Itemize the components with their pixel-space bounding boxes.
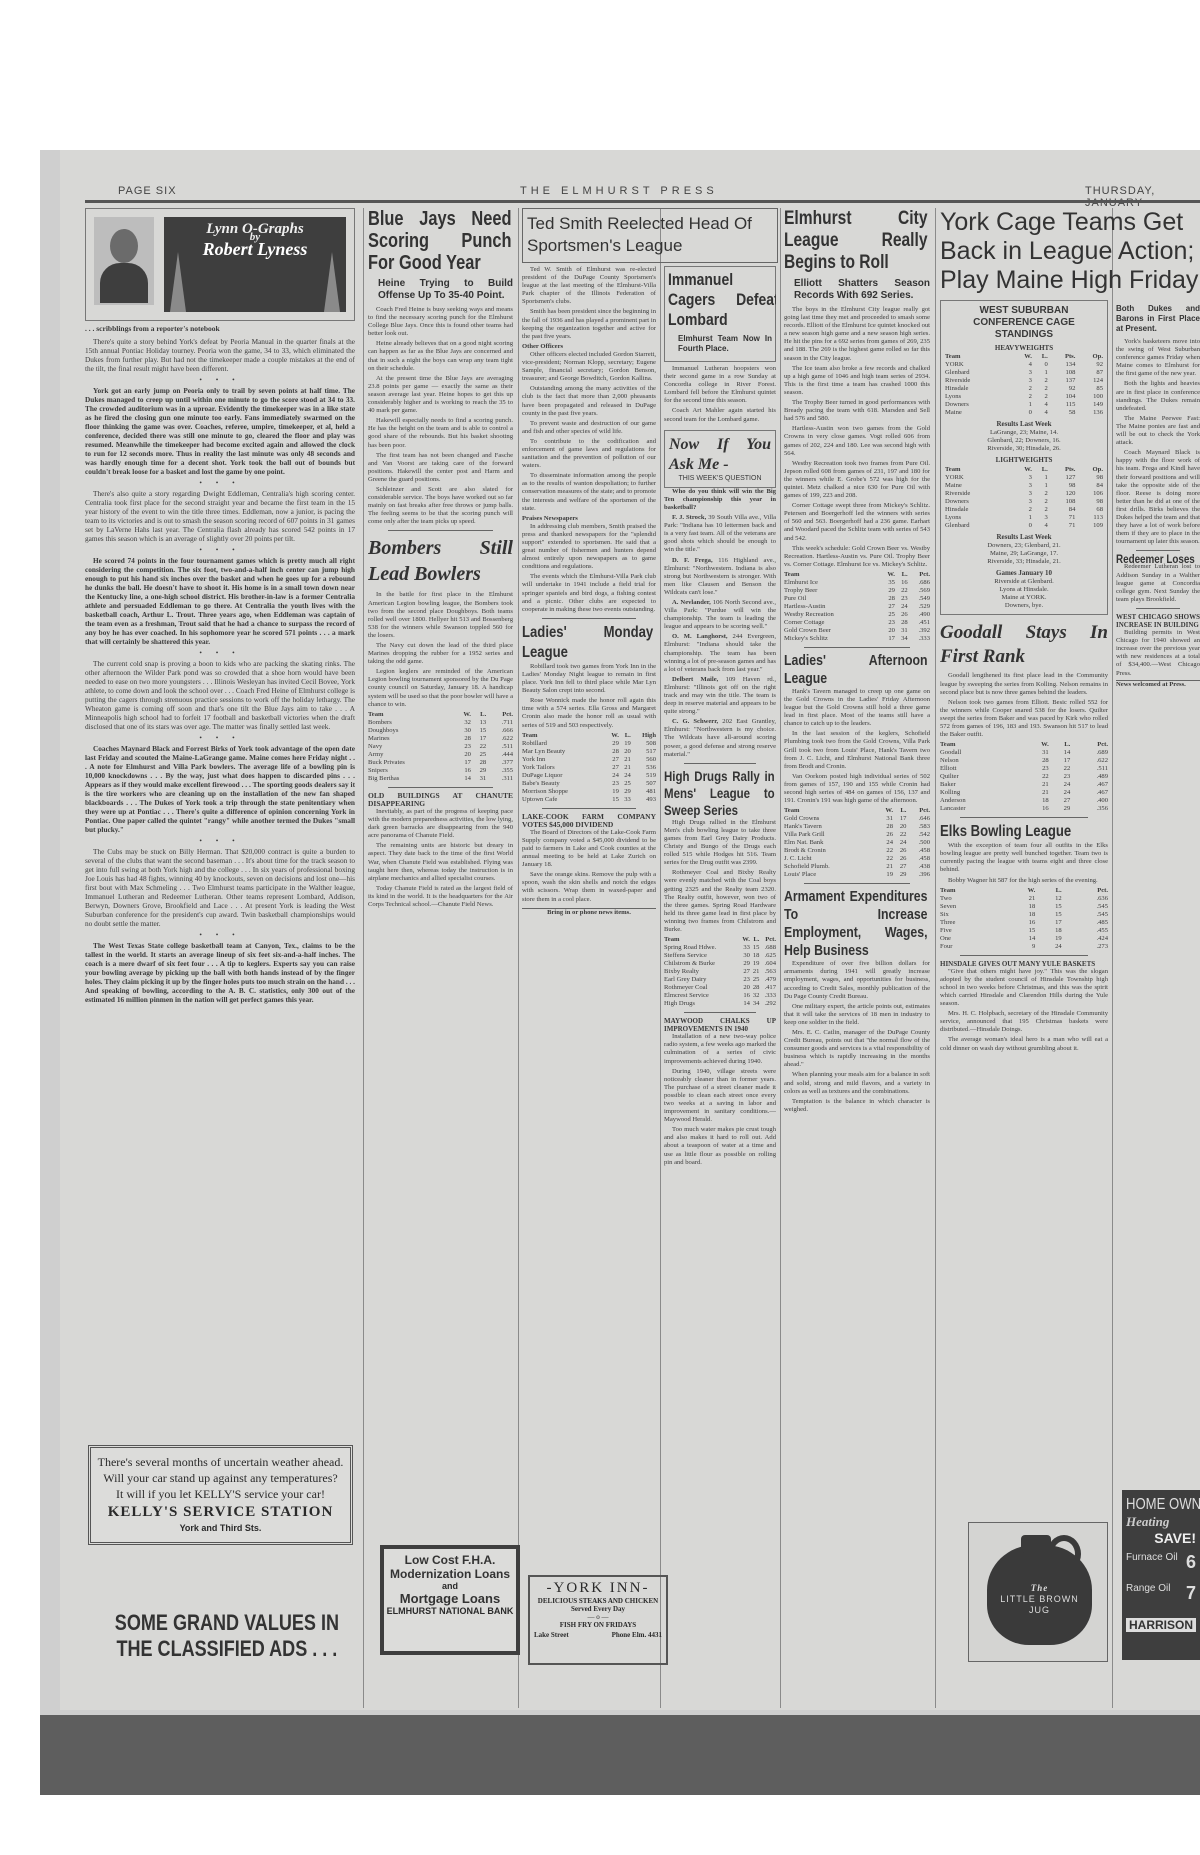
table-cell: 32	[453, 719, 471, 727]
paragraph: At the present time the Blue Jays are av…	[368, 375, 513, 415]
table-cell: .511	[486, 743, 513, 751]
paragraph: To prevent waste and destruction of our …	[522, 420, 656, 436]
table-row: Elliott2322.511	[940, 765, 1108, 773]
table-cell: Four	[940, 943, 1005, 951]
table-cell: 149	[1075, 401, 1103, 409]
column-rule	[780, 208, 781, 1708]
subhead: Praises Newspapers	[522, 515, 656, 523]
table-row: Kolling2124.467	[940, 789, 1108, 797]
paragraph: Mrs. H. C. Holpbach, secretary of the Hi…	[940, 1010, 1108, 1034]
ad-business-name: KELLY'S SERVICE STATION	[91, 1504, 350, 1520]
paragraph: York got an early jump on Peoria only to…	[85, 386, 355, 476]
table-cell: 15	[750, 944, 759, 952]
table-cell: 33	[619, 796, 631, 804]
masthead-rule	[85, 200, 1200, 203]
table-header: W.	[605, 732, 619, 740]
table-cell: 17	[471, 735, 486, 743]
divider	[1136, 608, 1180, 609]
table-cell: .458	[906, 847, 930, 855]
paragraph: One military expert, the article points …	[784, 1003, 930, 1027]
table-cell: 29	[605, 740, 619, 748]
table-cell: 31	[1024, 749, 1049, 757]
table-row: Villa Park Grill2622.542	[784, 831, 930, 839]
table-cell: YORK	[945, 474, 1012, 482]
table-cell: .511	[1070, 765, 1108, 773]
divider	[388, 530, 493, 531]
paragraph: Goodall lengthened its first place lead …	[940, 672, 1108, 696]
dateline: THURSDAY, JANUARY	[1085, 185, 1200, 209]
table-cell: J. C. Licht	[784, 855, 877, 863]
result-line: Downers, 23; Glenbard, 21.	[945, 542, 1103, 550]
deck-immanuel: Elmhurst Team Now In Fourth Place.	[668, 334, 772, 354]
headline-ted-smith: Ted Smith Reelected Head Of Sportsmen's …	[527, 213, 773, 257]
table-cell: Elmcrest Service	[664, 992, 739, 1000]
table-row: Navy2322.511	[368, 743, 513, 751]
paragraph: Installation of a new two-way police rad…	[664, 1033, 776, 1065]
table-cell: 23	[1024, 765, 1049, 773]
table-header: Team	[784, 807, 877, 815]
results-label: Results Last Week	[945, 420, 1103, 428]
paragraph: The Maine Peewee Fast: The Maine ponies …	[1116, 415, 1200, 447]
column-rule	[935, 208, 936, 1708]
table-cell: Nelson	[940, 757, 1024, 765]
table-row: Lyons22104100	[945, 393, 1103, 401]
table-cell: Hartless-Austin	[784, 603, 880, 611]
column-5: Immanuel Cagers Defeat Lombard Elmhurst …	[664, 266, 776, 1666]
result-line: Riverside, 30; Hinsdale, 26.	[945, 445, 1103, 453]
table-cell: Riverside	[945, 377, 1012, 385]
table-row: York Inn2721560	[522, 756, 656, 764]
table-cell: 21	[1005, 895, 1036, 903]
table-row: Hinsdale229285	[945, 385, 1103, 393]
table-cell: Anderson	[940, 797, 1024, 805]
table-row: Buck Privates1728.377	[368, 759, 513, 767]
table-cell: .458	[906, 855, 930, 863]
ad-line: Served Every Day	[530, 1605, 666, 1613]
table-cell: 29	[619, 788, 631, 796]
table-cell: .490	[908, 611, 930, 619]
table-cell: 16	[453, 767, 471, 775]
table-header: Pct.	[486, 711, 513, 719]
table-header: Pct.	[759, 936, 776, 944]
table-cell: .563	[759, 968, 776, 976]
table-cell: 517	[631, 748, 656, 756]
paragraph: Save the orange skins. Remove the pulp w…	[522, 871, 656, 903]
table-row: Anderson1827.400	[940, 797, 1108, 805]
table-cell: Army	[368, 751, 453, 759]
table-cell: 1	[1012, 514, 1032, 522]
table-row: Elmcrest Service1632.333	[664, 992, 776, 1000]
table-cell: .273	[1062, 943, 1108, 951]
paragraph: Mrs. E. C. Catlin, manager of the DuPage…	[784, 1029, 930, 1069]
table-cell: 92	[1048, 385, 1076, 393]
ad-line: JUG	[987, 1605, 1092, 1616]
ask-me-answer: A. Nevlander, 106 North Second ave., Vil…	[664, 599, 776, 631]
table-cell: 12	[1035, 895, 1061, 903]
paragraph: In addressing club members, Smith praise…	[522, 523, 656, 572]
paragraph: With the exception of team four all outf…	[940, 842, 1108, 874]
separator: • • •	[85, 478, 355, 487]
paragraph: The events which the Elmhurst-Villa Park…	[522, 573, 656, 613]
table-cell: 16	[1024, 805, 1049, 813]
table-cell: 2	[1032, 377, 1048, 385]
table-cell: Riverside	[945, 490, 1012, 498]
kellys-ad: There's several months of uncertain weat…	[88, 1445, 353, 1545]
table-cell: 21	[1024, 789, 1049, 797]
table-row: Lancaster1629.356	[940, 805, 1108, 813]
table-cell: Quilter	[940, 773, 1024, 781]
table-cell: 13	[471, 719, 486, 727]
paragraph: Inevitably, as part of the progress of k…	[368, 808, 513, 840]
separator: • • •	[85, 733, 355, 742]
table-cell: .549	[908, 595, 930, 603]
table-header: L.	[619, 732, 631, 740]
table-cell: High Drugs	[664, 1000, 739, 1008]
paragraph: To contribute to the codification and en…	[522, 438, 656, 470]
table-header: Pts.	[1048, 353, 1076, 361]
table-cell: .485	[1062, 919, 1108, 927]
table-cell: .444	[486, 751, 513, 759]
result-line: LaGrange, 23; Maine, 14.	[945, 429, 1103, 437]
separator: • • •	[85, 648, 355, 657]
table-cell: Morrison Shoppe	[522, 788, 605, 796]
table-row: Six1815.545	[940, 911, 1108, 919]
paper-name: THE ELMHURST PRESS	[520, 185, 718, 197]
table-cell: 14	[739, 1000, 750, 1008]
table-cell: .377	[486, 759, 513, 767]
table-cell: Bixby Realty	[664, 968, 739, 976]
table-cell: .622	[1070, 757, 1108, 765]
table-cell: 98	[1075, 474, 1103, 482]
headline-city-league: Elmhurst City League Really Begins to Ro…	[784, 208, 928, 274]
ad-line: FISH FRY ON FRIDAYS	[530, 1621, 666, 1629]
table-cell: 15	[1035, 911, 1061, 919]
table-cell: 23	[739, 976, 750, 984]
table-cell: 106	[1075, 490, 1103, 498]
paragraph: The current cold snap is proving a boon …	[85, 659, 355, 731]
table-row: Pure Oil2823.549	[784, 595, 930, 603]
table-cell: 20	[739, 984, 750, 992]
table-cell: 1	[1032, 369, 1048, 377]
table-cell: 31	[895, 627, 908, 635]
table-cell: Steffens Service	[664, 952, 739, 960]
table-row: Bixby Realty2721.563	[664, 968, 776, 976]
table-header: Pct.	[1070, 741, 1108, 749]
table-cell: 4	[1032, 522, 1048, 530]
table-header: Team	[664, 936, 739, 944]
result-line: Maine at YORK.	[945, 594, 1103, 602]
ad-address: Lake Street	[534, 1631, 569, 1639]
table-row: Trophy Beer2922.569	[784, 587, 930, 595]
table-cell: 28	[471, 759, 486, 767]
respondent-name: Delbert Maile,	[672, 676, 726, 683]
table-cell: Hank's Tavern	[784, 823, 877, 831]
table-cell: .451	[908, 619, 930, 627]
headline-elks: Elks Bowling League	[940, 822, 1104, 842]
paragraph: Hakewill especially needs to find a scor…	[368, 417, 513, 449]
elks-table: TeamW.L.Pct.Two2112.636Seven1815.545Six1…	[940, 887, 1108, 951]
table-cell: 15	[605, 796, 619, 804]
paragraph: York's basketeers move into the swing of…	[1116, 338, 1200, 378]
lightweights-results: Downers, 23; Glenbard, 21.Maine, 29; LaG…	[945, 542, 1103, 566]
table-header: W.	[1012, 466, 1032, 474]
ad-line: The	[987, 1583, 1092, 1594]
table-cell: 21	[619, 764, 631, 772]
deck-city-league: Elliott Shatters Season Records With 692…	[784, 278, 930, 302]
table-cell: 2	[1032, 498, 1048, 506]
column-3: Blue Jays Need Scoring Punch For Good Ye…	[368, 208, 513, 1708]
table-row: Maine319884	[945, 482, 1103, 490]
table-row: Snipers1629.355	[368, 767, 513, 775]
paragraph: Westby Recreation took two frames from P…	[784, 460, 930, 500]
table-row: Chilstrom & Burke2919.604	[664, 960, 776, 968]
table-row: Uptown Cafe1533493	[522, 796, 656, 804]
ad-price-row: Furnace Oil6	[1126, 1552, 1196, 1573]
result-line: Riverside at Glenbard.	[945, 578, 1103, 586]
table-row: Big Berthas1431.311	[368, 775, 513, 783]
table-cell: Uptown Cafe	[522, 796, 605, 804]
table-row: Baker2124.467	[940, 781, 1108, 789]
table-row: Spring Road Hdwe.3315.688	[664, 944, 776, 952]
table-header: Team	[368, 711, 453, 719]
paragraph: Both the lights and heavies are in first…	[1116, 380, 1200, 412]
table-cell: 17	[1049, 757, 1071, 765]
table-cell: 127	[1048, 474, 1076, 482]
table-row: Downers3210898	[945, 498, 1103, 506]
page-label: PAGE SIX	[118, 185, 177, 197]
table-cell: 21	[750, 968, 759, 976]
table-cell: 19	[877, 871, 893, 879]
table-cell: 19	[750, 960, 759, 968]
ad-item: Furnace Oil	[1126, 1552, 1178, 1573]
table-cell: 28	[453, 735, 471, 743]
paragraph: In the battle for first place in the Elm…	[368, 591, 513, 640]
table-header: Team	[940, 741, 1024, 749]
standings-box: WEST SUBURBAN CONFERENCE CAGE STANDINGS …	[940, 300, 1108, 615]
table-cell: 18	[1005, 911, 1036, 919]
table-row: Gold Crown Beer2031.392	[784, 627, 930, 635]
ad-title: HOME OWNERS	[1126, 1496, 1183, 1514]
table-cell: 18	[1024, 797, 1049, 805]
table-cell: 115	[1048, 401, 1076, 409]
table-cell: 29	[880, 587, 895, 595]
table-cell: .467	[1070, 781, 1108, 789]
paragraph: The Ice team also broke a few records an…	[784, 365, 930, 397]
table-cell: 28	[880, 595, 895, 603]
table-cell: Hinsdale	[945, 506, 1012, 514]
table-row: Lyons1371113	[945, 514, 1103, 522]
table-cell: 26	[895, 611, 908, 619]
table-row: Glenbard3110887	[945, 369, 1103, 377]
table-row: Corner Cottage2328.451	[784, 619, 930, 627]
table-row: Seven1815.545	[940, 903, 1108, 911]
table-cell: 560	[631, 756, 656, 764]
ted-smith-headline-box: Ted Smith Reelected Head Of Sportsmen's …	[522, 208, 778, 263]
ad-price-row: Range Oil7	[1126, 1583, 1196, 1604]
table-cell: Bombers	[368, 719, 453, 727]
table-cell: 35	[880, 579, 895, 587]
table-cell: .355	[486, 767, 513, 775]
ladies-afternoon-table: TeamW.L.Pct.Gold Crowns3117.646Hank's Ta…	[784, 807, 930, 879]
table-row: YORK3112798	[945, 474, 1103, 482]
table-cell: .292	[759, 1000, 776, 1008]
table-cell: 19	[605, 788, 619, 796]
table-cell: 26	[893, 847, 906, 855]
headline-ladies-afternoon: Ladies' Afternoon League	[784, 652, 928, 688]
paragraph: Corner Cottage swept three from Mickey's…	[784, 502, 930, 542]
table-header: W.	[739, 936, 750, 944]
table-cell: .467	[1070, 789, 1108, 797]
table-header: Op.	[1075, 353, 1103, 361]
table-cell: 109	[1075, 522, 1103, 530]
table-row: Downers14115149	[945, 401, 1103, 409]
ad-address: York and Third Sts.	[91, 1520, 350, 1536]
table-cell: 24	[605, 772, 619, 780]
table-cell: 84	[1075, 482, 1103, 490]
table-row: Goodall3114.689	[940, 749, 1108, 757]
table-cell: 15	[1035, 903, 1061, 911]
table-cell: 24	[895, 603, 908, 611]
table-cell: Downers	[945, 498, 1012, 506]
paragraph: There's also quite a story regarding Dwi…	[85, 489, 355, 543]
table-cell: 3	[1012, 377, 1032, 385]
table-cell: Elliott	[940, 765, 1024, 773]
paragraph: Schleinzer and Scott are also slated for…	[368, 486, 513, 526]
divider	[388, 787, 493, 788]
table-cell: 27	[1049, 797, 1071, 805]
table-cell: .500	[906, 839, 930, 847]
table-cell: .545	[1062, 911, 1108, 919]
table-cell: 58	[1048, 409, 1076, 417]
deck-york-cage: Both Dukes and Barons in First Place at …	[1116, 304, 1200, 334]
table-cell: 27	[739, 968, 750, 976]
table-cell: 17	[1035, 919, 1061, 927]
table-cell: 27	[880, 603, 895, 611]
headline-immanuel: Immanuel Cagers Defeat Lombard	[668, 270, 776, 330]
table-cell: Seven	[940, 903, 1005, 911]
table-header: L.	[750, 936, 759, 944]
separator: • • •	[85, 836, 355, 845]
result-line: Riverside, 33; Hinsdale, 21.	[945, 558, 1103, 566]
table-cell: Three	[940, 919, 1005, 927]
table-cell: .686	[908, 579, 930, 587]
table-cell: .333	[759, 992, 776, 1000]
table-cell: .569	[908, 587, 930, 595]
table-row: Louis' Place1929.396	[784, 871, 930, 879]
table-cell: 27	[605, 756, 619, 764]
table-cell: Gold Crowns	[784, 815, 877, 823]
radio-tower-icon	[324, 252, 340, 312]
table-cell: 21	[877, 863, 893, 871]
respondent-name: D. F. Frega,	[672, 557, 718, 564]
table-row: Mickey's Schlitz1734.333	[784, 635, 930, 643]
ad-line: Modernization Loans	[384, 1567, 516, 1581]
divider	[684, 763, 756, 764]
table-cell: 28	[877, 823, 893, 831]
table-cell: 26	[893, 855, 906, 863]
table-cell: .438	[906, 863, 930, 871]
table-cell: 22	[1049, 765, 1071, 773]
table-cell: 108	[1048, 369, 1076, 377]
table-cell: .583	[906, 823, 930, 831]
ad-business-name: ELMHURST NATIONAL BANK	[384, 1606, 516, 1617]
table-cell: 28	[895, 619, 908, 627]
table-row: Nelson2817.622	[940, 757, 1108, 765]
paragraph: Redeemer Lutheran lost to Addison Sunday…	[1116, 563, 1200, 603]
ask-me-box: Now If You Ask Me - THIS WEEK'S QUESTION	[664, 430, 776, 488]
table-row: Rothmeyer Coal2028.417	[664, 984, 776, 992]
table-header: L.	[1032, 466, 1048, 474]
divider	[960, 955, 1088, 956]
headline-bombers: Bombers Still Lead Bowlers	[368, 535, 513, 587]
table-cell: .417	[759, 984, 776, 992]
table-cell: 15	[471, 727, 486, 735]
table-cell: 15	[1005, 927, 1036, 935]
table-cell: 27	[893, 863, 906, 871]
table-cell: Rothmeyer Coal	[664, 984, 739, 992]
table-cell: 481	[631, 788, 656, 796]
paragraph: "Give that others might have joy." This …	[940, 968, 1108, 1008]
table-cell: 71	[1048, 514, 1076, 522]
table-cell: 22	[877, 847, 893, 855]
table-header: Pct.	[1062, 887, 1108, 895]
lightweights-table: TeamW.L.Pts.Op.YORK3112798Maine319884Riv…	[945, 466, 1103, 530]
upcoming-games: Riverside at Glenbard.Lyons at Hinsdale.…	[945, 578, 1103, 610]
city-league-table: TeamW.L.Pct.Elmhurst Ice3516.686Trophy B…	[784, 571, 930, 643]
table-cell: 85	[1075, 385, 1103, 393]
table-cell: 0	[1012, 522, 1032, 530]
paragraph: The Navy cut down the lead of the third …	[368, 642, 513, 666]
table-row: Riverside32120106	[945, 490, 1103, 498]
table-cell: .625	[759, 952, 776, 960]
table-cell: Baker	[940, 781, 1024, 789]
table-row: Three1617.485	[940, 919, 1108, 927]
table-cell: 20	[880, 627, 895, 635]
paragraph: Today Chanute Field is rated as the larg…	[368, 885, 513, 909]
table-cell: 26	[877, 831, 893, 839]
little-brown-jug-ad: The LITTLE BROWN JUG	[968, 1522, 1108, 1662]
paragraph: There's quite a story behind York's defe…	[85, 337, 355, 373]
column-logo-box: Lynn O-Graphs by Robert Lyness	[85, 208, 355, 321]
table-cell: 25	[619, 780, 631, 788]
table-cell: .400	[1070, 797, 1108, 805]
paragraph: During 1940, village streets were notice…	[664, 1068, 776, 1125]
table-cell: .356	[1070, 805, 1108, 813]
table-row: Quilter2223.489	[940, 773, 1108, 781]
ad-item: Range Oil	[1126, 1583, 1170, 1604]
table-cell: 22	[893, 831, 906, 839]
table-cell: Louis' Place	[784, 871, 877, 879]
table-cell: 3	[1012, 498, 1032, 506]
table-cell: 23	[880, 619, 895, 627]
table-cell: .545	[1062, 903, 1108, 911]
table-cell: Hinsdale	[945, 385, 1012, 393]
table-row: Doughboys3015.666	[368, 727, 513, 735]
table-cell: DuPage Liquor	[522, 772, 605, 780]
table-cell: 71	[1048, 522, 1076, 530]
table-cell: 16	[739, 992, 750, 1000]
heavyweights-label: HEAVYWEIGHTS	[945, 344, 1103, 352]
author-photo	[94, 217, 154, 305]
table-row: Gold Crowns3117.646	[784, 815, 930, 823]
table-header: L.	[1035, 887, 1061, 895]
ad-line: It will if you let KELLY'S service your …	[91, 1486, 350, 1502]
divider	[542, 808, 636, 809]
table-cell: 24	[877, 839, 893, 847]
table-row: High Drugs1434.292	[664, 1000, 776, 1008]
ask-me-answer: C. G. Schwerr, 202 East Grantley, Elmhur…	[664, 718, 776, 758]
paragraph: The remaining units are historic but dre…	[368, 842, 513, 882]
